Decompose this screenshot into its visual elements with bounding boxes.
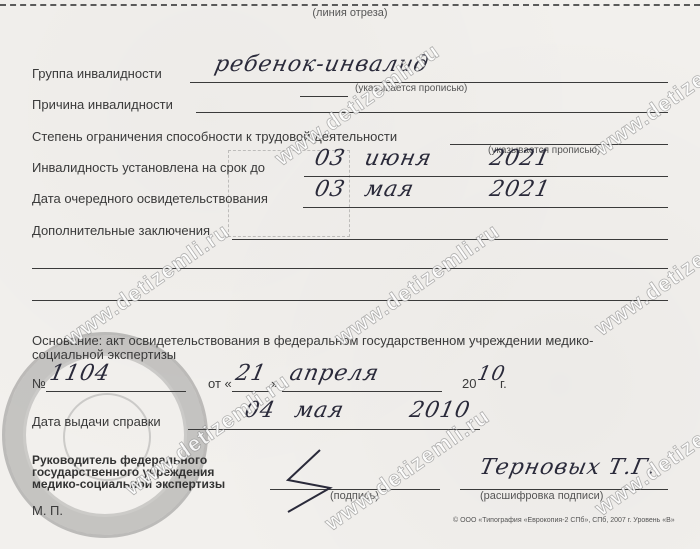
act-number-prefix: № [32,376,46,391]
seal-label: М. П. [32,503,63,518]
act-year-end: г. [500,376,507,391]
next-exam-day: 03 [312,177,347,202]
next-exam-month: мая [362,177,416,202]
next-exam-year: 2021 [487,177,552,202]
short-dash-mark [300,96,348,97]
disability-term-year: 2021 [487,146,552,171]
issue-date-month: мая [292,398,346,423]
act-number-line [46,391,186,392]
work-capacity-label: Степень ограничения способности к трудов… [32,129,397,144]
printer-note: © ООО «Типография «Еврокопия-2 СПб», СПб… [453,517,675,524]
cut-line [0,4,700,6]
additional-conclusions-line-1 [232,239,668,240]
watermark: www.detizemli.ru [60,218,235,351]
basis-text-line-1: Основание: акт освидетельствования в фед… [32,333,593,348]
disability-term-month: июня [362,146,434,171]
act-date-prefix: от « [208,376,232,391]
disability-cause-label: Причина инвалидности [32,97,173,112]
next-exam-label: Дата очередного освидетельствования [32,191,268,206]
disability-term-day: 03 [312,146,347,171]
next-exam-line [303,207,668,208]
watermark: www.detizemli.ru [590,208,700,341]
disability-group-label: Группа инвалидности [32,66,162,81]
disability-term-line [304,176,668,177]
disability-cause-line [196,112,668,113]
additional-conclusions-label: Дополнительные заключения [32,223,210,238]
act-date-month: апреля [287,361,381,386]
basis-text-line-2: социальной экспертизы [32,347,176,362]
certificate-page: (линия отреза) Группа инвалидности ребен… [0,0,700,549]
act-year-prefix: 20 [462,376,476,391]
act-number-value: 1104 [47,361,112,386]
watermark: www.detizemli.ru [590,28,700,161]
disability-term-label: Инвалидность установлена на срок до [32,160,265,175]
additional-conclusions-line-2 [32,268,668,269]
name-hint: (расшифровка подписи) [480,490,603,502]
cut-line-caption: (линия отреза) [0,7,700,19]
issue-date-label: Дата выдачи справки [32,414,161,429]
act-month-line [282,391,442,392]
